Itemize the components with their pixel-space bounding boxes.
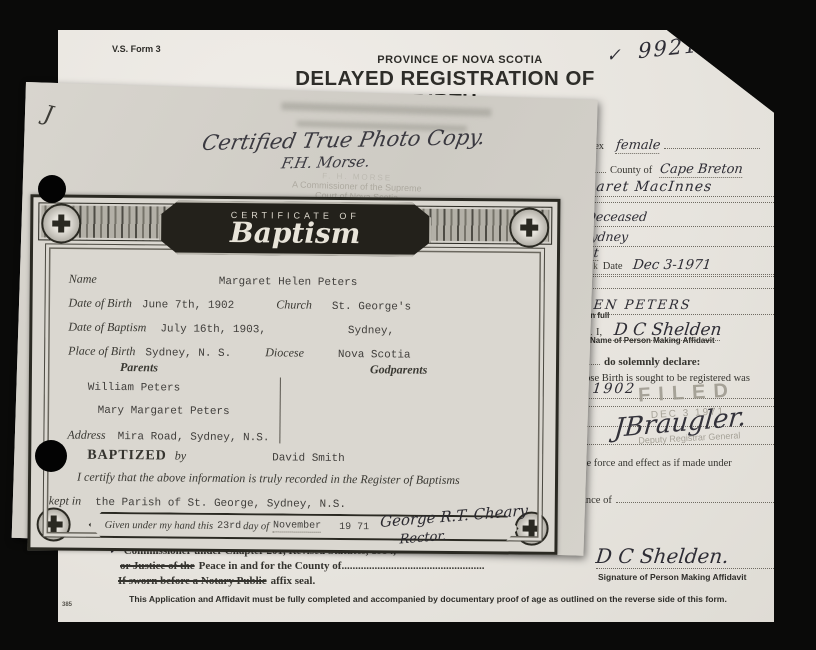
commissioner-rest-3: affix seal.	[271, 575, 316, 587]
cert-name-value: Margaret Helen Peters	[219, 276, 358, 289]
given-month: November	[273, 520, 321, 532]
date-label: Date	[603, 261, 623, 272]
dove-medallion-icon	[509, 207, 549, 247]
cert-dob-label: Date of Birth	[69, 296, 132, 311]
cert-diocese-value: Nova Scotia	[338, 349, 411, 362]
cert-dob-value: June 7th, 1902	[142, 299, 235, 312]
date-value: Dec 3-1971	[632, 257, 712, 273]
affiant-caption: Name of Person Making Affidavit	[590, 336, 715, 345]
certified-photocopy-paper: Certified True Photo Copy. F.H. Morse. F…	[12, 82, 598, 556]
commissioner-line-3: If sworn before a Notary Public affix se…	[118, 571, 315, 589]
cert-baptism-label: Date of Baptism	[68, 320, 146, 335]
cert-parents-label: Parents	[120, 360, 158, 375]
registry-number-block: ✓ 992157	[605, 30, 731, 67]
sheet-number: 385	[62, 602, 72, 608]
cert-by-label: by	[175, 449, 186, 463]
given-year: 19 71	[339, 521, 369, 532]
hole-punch	[38, 175, 66, 203]
cert-address-row: Address Mira Road, Sydney, N.S.	[67, 426, 269, 446]
cert-kept-in-value: the Parish of St. George, Sydney, N.S.	[95, 497, 346, 511]
cert-church-value: St. George's	[332, 301, 411, 314]
cert-church-city: Sydney,	[348, 325, 394, 337]
cert-church-label: Church	[276, 297, 312, 311]
certifier-signature: F.H. Morse.	[280, 152, 372, 172]
certified-copy-note: Certified True Photo Copy.	[200, 125, 487, 155]
rector-title: Rector.	[399, 529, 446, 548]
cert-baptized-row: BAPTIZED by David Smith	[87, 446, 345, 466]
cert-kept-in-label: kept in	[49, 493, 81, 507]
cert-parent-1: William Peters	[88, 382, 181, 395]
registry-checkmark: ✓	[607, 45, 621, 67]
dove-medallion-icon	[41, 203, 81, 243]
cert-name-row: Name Margaret Helen Peters	[69, 270, 358, 291]
county-label: County of	[610, 165, 652, 176]
cert-diocese-label: Diocese	[265, 345, 304, 359]
cert-baptism-value: July 16th, 1903,	[160, 323, 266, 336]
ghost-text-line	[281, 102, 491, 117]
cert-parent-2: Mary Margaret Peters	[98, 405, 230, 418]
cert-baptized-value: David Smith	[272, 452, 345, 465]
baptism-certificate: CERTIFICATE OF Baptism Name Margaret Hel…	[27, 194, 560, 555]
cert-baptized-label: BAPTIZED	[87, 448, 167, 464]
registry-number: 992157	[638, 29, 730, 63]
province-heading: PROVINCE OF NOVA SCOTIA	[355, 54, 565, 66]
cert-address-label: Address	[67, 428, 105, 442]
cert-kept-in-row: kept in the Parish of St. George, Sydney…	[49, 491, 346, 512]
affiant-signature-caption: Signature of Person Making Affidavit	[598, 572, 746, 582]
province-of-line: nd Province of	[550, 486, 802, 508]
certificate-banner: CERTIFICATE OF Baptism	[159, 200, 431, 256]
cert-baptism-row: Date of Baptism July 16th, 1903, Sydney,	[68, 318, 394, 339]
sex-value: female	[615, 138, 661, 154]
affiant-signature-line: D C Shelden.	[596, 544, 792, 569]
cert-pob-value: Sydney, N. S.	[145, 347, 231, 360]
footer-notice: This Application and Affidavit must be f…	[88, 594, 768, 604]
given-day: 23rd	[217, 520, 241, 531]
cert-pob-label: Place of Birth	[68, 344, 135, 359]
cert-address-value: Mira Road, Sydney, N.S.	[118, 431, 270, 444]
father-value-1: Deceased	[585, 209, 648, 224]
commissioner-struck-3: If sworn before a Notary Public	[118, 575, 267, 587]
given-dayof: day of	[243, 521, 269, 532]
cert-dob-row: Date of Birth June 7th, 1902 Church St. …	[68, 294, 411, 315]
banner-title: Baptism	[230, 220, 361, 247]
cert-name-label: Name	[69, 272, 97, 286]
hole-punch	[35, 440, 67, 472]
given-label: Given under my hand this	[105, 519, 214, 531]
blank-rule	[550, 444, 812, 445]
county-value: Cape Breton	[659, 162, 743, 178]
cert-godparents-label: Godparents	[370, 362, 427, 377]
affiant-signature: D C Shelden.	[595, 544, 730, 568]
form-id: V.S. Form 3	[112, 44, 161, 54]
